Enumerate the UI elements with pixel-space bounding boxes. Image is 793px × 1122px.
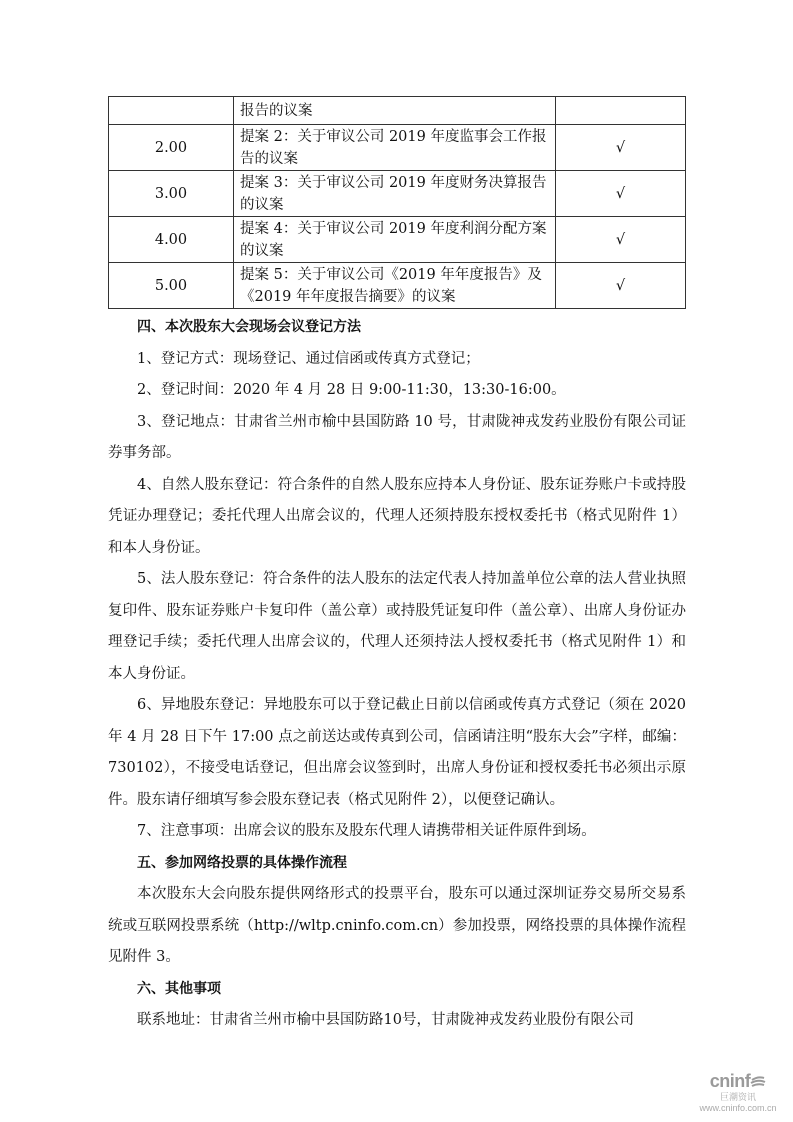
table-row: 报告的议案: [109, 97, 686, 125]
proposal-name: 报告的议案: [234, 97, 556, 125]
cninfo-watermark: cninf 巨潮资讯 www.cninfo.com.cn: [693, 1071, 783, 1114]
proposal-code: 3.00: [109, 171, 234, 217]
paragraph-remote-registration: 6、异地股东登记：异地股东可以于登记截止日前以信函或传真方式登记（须在 2020…: [108, 690, 686, 816]
proposal-table: 报告的议案 2.00 提案 2：关于审议公司 2019 年度监事会工作报告的议案…: [108, 96, 686, 309]
table-row: 5.00 提案 5：关于审议公司《2019 年年度报告》及《2019 年年度报告…: [109, 263, 686, 309]
table-row: 4.00 提案 4：关于审议公司 2019 年度利润分配方案的议案 √: [109, 217, 686, 263]
check-mark: √: [556, 171, 686, 217]
swirl-logo-icon: [750, 1076, 766, 1088]
document-body: 四、本次股东大会现场会议登记方法 1、登记方式：现场登记、通过信函或传真方式登记…: [108, 312, 686, 1037]
document-page: 报告的议案 2.00 提案 2：关于审议公司 2019 年度监事会工作报告的议案…: [0, 0, 793, 1122]
section-heading-online-voting: 五、参加网络投票的具体操作流程: [108, 848, 686, 880]
proposal-name: 提案 4：关于审议公司 2019 年度利润分配方案的议案: [234, 217, 556, 263]
paragraph-individual-registration: 4、自然人股东登记：符合条件的自然人股东应持本人身份证、股东证券账户卡或持股凭证…: [108, 470, 686, 565]
proposal-code: [109, 97, 234, 125]
check-mark: [556, 97, 686, 125]
section-heading-registration: 四、本次股东大会现场会议登记方法: [108, 312, 686, 344]
paragraph-online-voting: 本次股东大会向股东提供网络形式的投票平台，股东可以通过深圳证券交易所交易系统或互…: [108, 879, 686, 974]
proposal-name: 提案 3：关于审议公司 2019 年度财务决算报告的议案: [234, 171, 556, 217]
paragraph-notes: 7、注意事项：出席会议的股东及股东代理人请携带相关证件原件到场。: [108, 816, 686, 848]
table-row: 2.00 提案 2：关于审议公司 2019 年度监事会工作报告的议案 √: [109, 125, 686, 171]
paragraph-contact-address: 联系地址：甘肃省兰州市榆中县国防路10号，甘肃陇神戎发药业股份有限公司: [108, 1005, 686, 1037]
proposal-name: 提案 2：关于审议公司 2019 年度监事会工作报告的议案: [234, 125, 556, 171]
paragraph-registration-time: 2、登记时间：2020 年 4 月 28 日 9:00-11:30，13:30-…: [108, 375, 686, 407]
proposal-code: 2.00: [109, 125, 234, 171]
check-mark: √: [556, 263, 686, 309]
watermark-chinese: 巨潮资讯: [693, 1092, 783, 1103]
check-mark: √: [556, 217, 686, 263]
paragraph-registration-method: 1、登记方式：现场登记、通过信函或传真方式登记；: [108, 344, 686, 376]
section-heading-other: 六、其他事项: [108, 974, 686, 1006]
proposal-name: 提案 5：关于审议公司《2019 年年度报告》及《2019 年年度报告摘要》的议…: [234, 263, 556, 309]
paragraph-corporate-registration: 5、法人股东登记：符合条件的法人股东的法定代表人持加盖单位公章的法人营业执照复印…: [108, 564, 686, 690]
proposal-code: 5.00: [109, 263, 234, 309]
check-mark: √: [556, 125, 686, 171]
proposal-code: 4.00: [109, 217, 234, 263]
logo-text: cninf: [710, 1071, 751, 1091]
table-row: 3.00 提案 3：关于审议公司 2019 年度财务决算报告的议案 √: [109, 171, 686, 217]
paragraph-registration-location: 3、登记地点：甘肃省兰州市榆中县国防路 10 号，甘肃陇神戎发药业股份有限公司证…: [108, 407, 686, 470]
watermark-url: www.cninfo.com.cn: [693, 1103, 783, 1114]
cninfo-logo: cninf: [693, 1071, 783, 1092]
